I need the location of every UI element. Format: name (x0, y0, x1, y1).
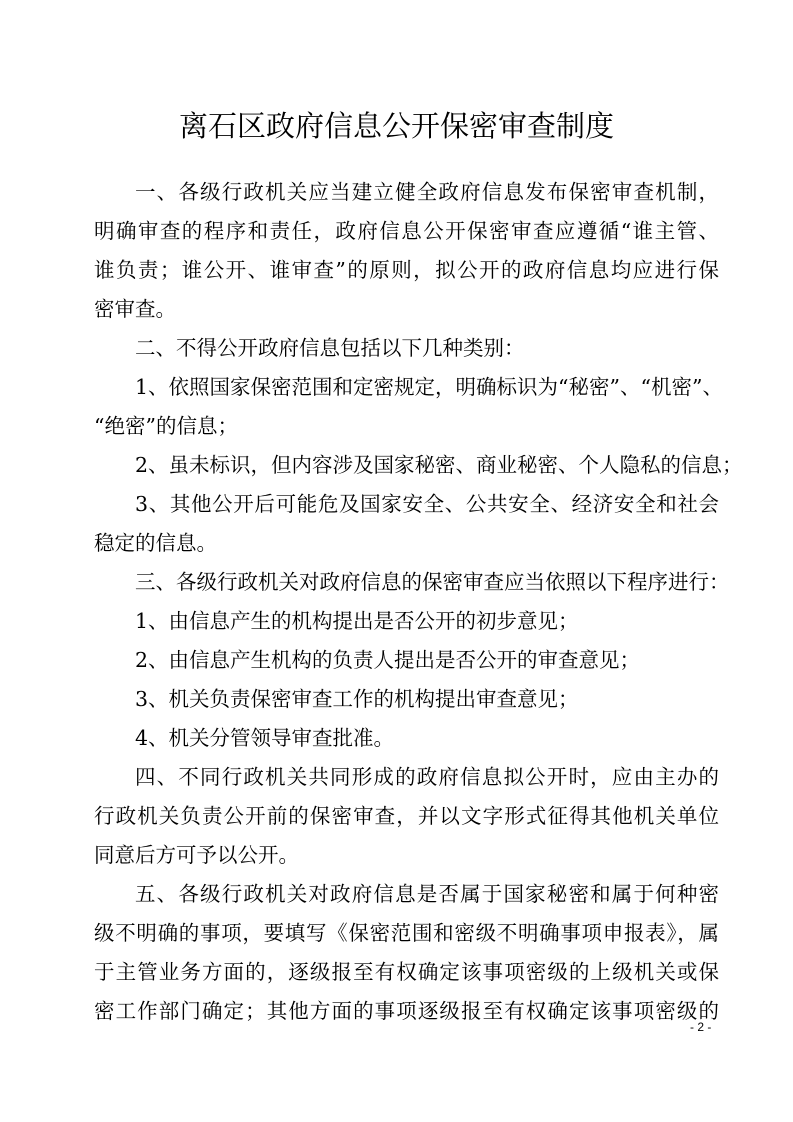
body-text-line: 明确审查的程序和责任，政府信息公开保密审查应遵循“谁主管、 (94, 219, 719, 243)
body-text-line: 谁负责；谁公开、谁审查”的原则，拟公开的政府信息均应进行保 (94, 258, 719, 282)
body-text-line: 1、由信息产生的机构提出是否公开的初步意见； (135, 609, 719, 633)
document-title: 离石区政府信息公开保密审查制度 (0, 106, 793, 146)
body-text-line: 同意后方可予以公开。 (94, 843, 719, 867)
body-text-line: 密审查。 (94, 297, 719, 321)
body-text-line: 密工作部门确定；其他方面的事项逐级报至有权确定该事项密级的 (94, 999, 719, 1023)
body-text-line: 2、由信息产生机构的负责人提出是否公开的审查意见； (135, 648, 719, 672)
body-text-line: 二、不得公开政府信息包括以下几种类别： (135, 336, 719, 360)
body-text-line: 3、其他公开后可能危及国家安全、公共安全、经济安全和社会 (135, 492, 719, 516)
body-text-line: 稳定的信息。 (94, 531, 719, 555)
document-page: 离石区政府信息公开保密审查制度 一、各级行政机关应当建立健全政府信息发布保密审查… (0, 0, 793, 1122)
body-text-line: 四、不同行政机关共同形成的政府信息拟公开时，应由主办的 (135, 765, 719, 789)
body-text-line: 一、各级行政机关应当建立健全政府信息发布保密审查机制， (135, 180, 719, 204)
body-text-line: 于主管业务方面的，逐级报至有权确定该事项密级的上级机关或保 (94, 960, 719, 984)
body-text-line: 级不明确的事项，要填写《保密范围和密级不明确事项申报表》，属 (94, 921, 719, 945)
body-text-line: 2、虽未标识，但内容涉及国家秘密、商业秘密、个人隐私的信息； (135, 453, 719, 477)
body-text-line: “绝密”的信息； (94, 414, 719, 438)
body-text-line: 3、机关负责保密审查工作的机构提出审查意见； (135, 687, 719, 711)
body-text-line: 五、各级行政机关对政府信息是否属于国家秘密和属于何种密 (135, 882, 719, 906)
body-text-line: 1、依照国家保密范围和定密规定，明确标识为“秘密”、“机密”、 (135, 375, 719, 399)
page-number: - 2 - (690, 1020, 711, 1034)
body-text-line: 行政机关负责公开前的保密审查，并以文字形式征得其他机关单位 (94, 804, 719, 828)
body-text-line: 三、各级行政机关对政府信息的保密审查应当依照以下程序进行： (135, 570, 719, 594)
body-text-line: 4、机关分管领导审查批准。 (135, 726, 719, 750)
